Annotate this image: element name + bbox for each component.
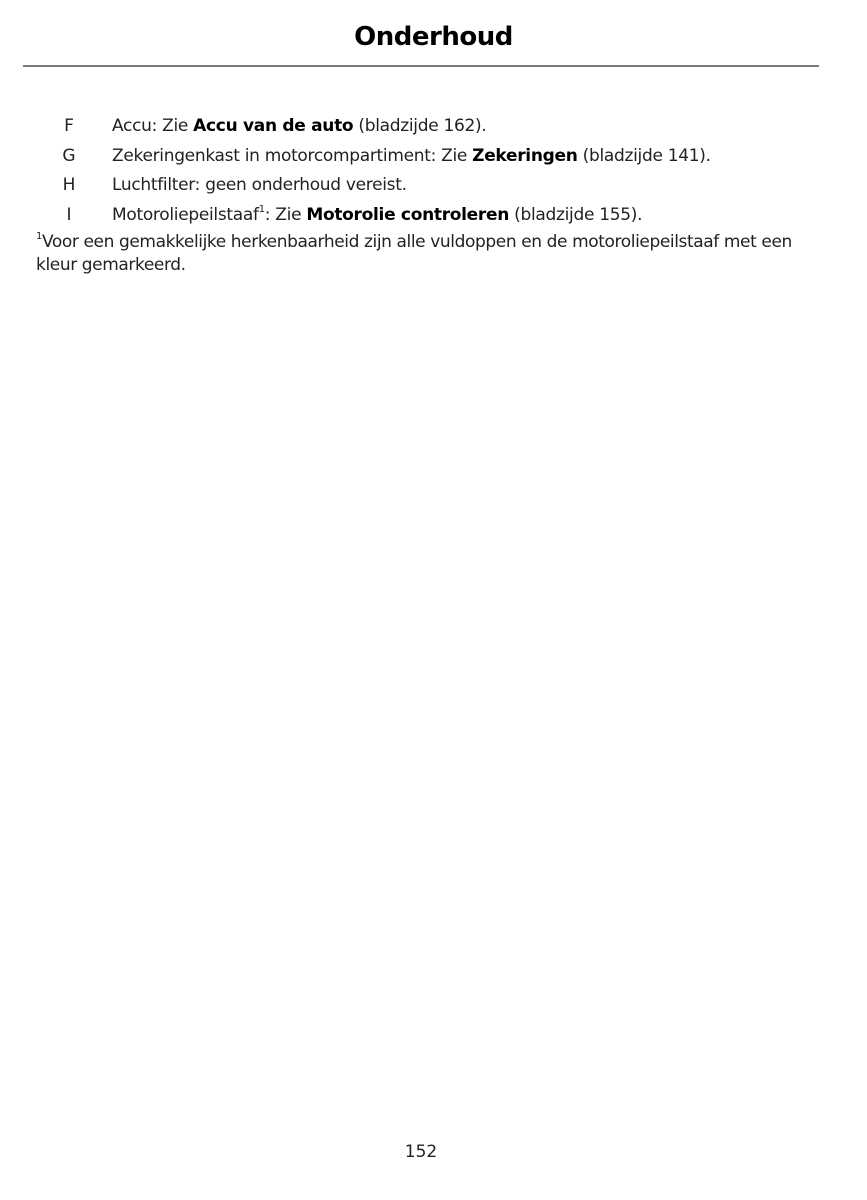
item-text: Zekeringenkast in motorcompartiment: Zie… [112, 143, 711, 169]
list-item-h: H Luchtfilter: geen onderhoud vereist. [0, 172, 867, 202]
cross-reference-link[interactable]: Zekeringen [472, 146, 577, 166]
item-letter: I [60, 202, 78, 228]
page-header: Onderhoud [0, 0, 867, 70]
item-letter: G [60, 143, 78, 169]
list-item-g: G Zekeringenkast in motorcompartiment: Z… [0, 143, 867, 173]
page-title: Onderhoud [0, 22, 867, 52]
footnote: 1Voor een gemakkelijke herkenbaarheid zi… [36, 231, 816, 277]
page-number: 152 [0, 1142, 842, 1162]
component-list: F Accu: Zie Accu van de auto (bladzijde … [0, 113, 867, 231]
cross-reference-link[interactable]: Motorolie controleren [306, 205, 509, 225]
footnote-text: Voor een gemakkelijke herkenbaarheid zij… [36, 232, 792, 275]
cross-reference-link[interactable]: Accu van de auto [193, 116, 353, 136]
item-text: Accu: Zie Accu van de auto (bladzijde 16… [112, 113, 486, 139]
header-divider [23, 65, 819, 67]
item-text: Luchtfilter: geen onderhoud vereist. [112, 172, 407, 198]
item-text: Motoroliepeilstaaf1: Zie Motorolie contr… [112, 202, 642, 228]
list-item-f: F Accu: Zie Accu van de auto (bladzijde … [0, 113, 867, 143]
item-letter: H [60, 172, 78, 198]
item-letter: F [60, 113, 78, 139]
list-item-i: I Motoroliepeilstaaf1: Zie Motorolie con… [0, 202, 867, 232]
